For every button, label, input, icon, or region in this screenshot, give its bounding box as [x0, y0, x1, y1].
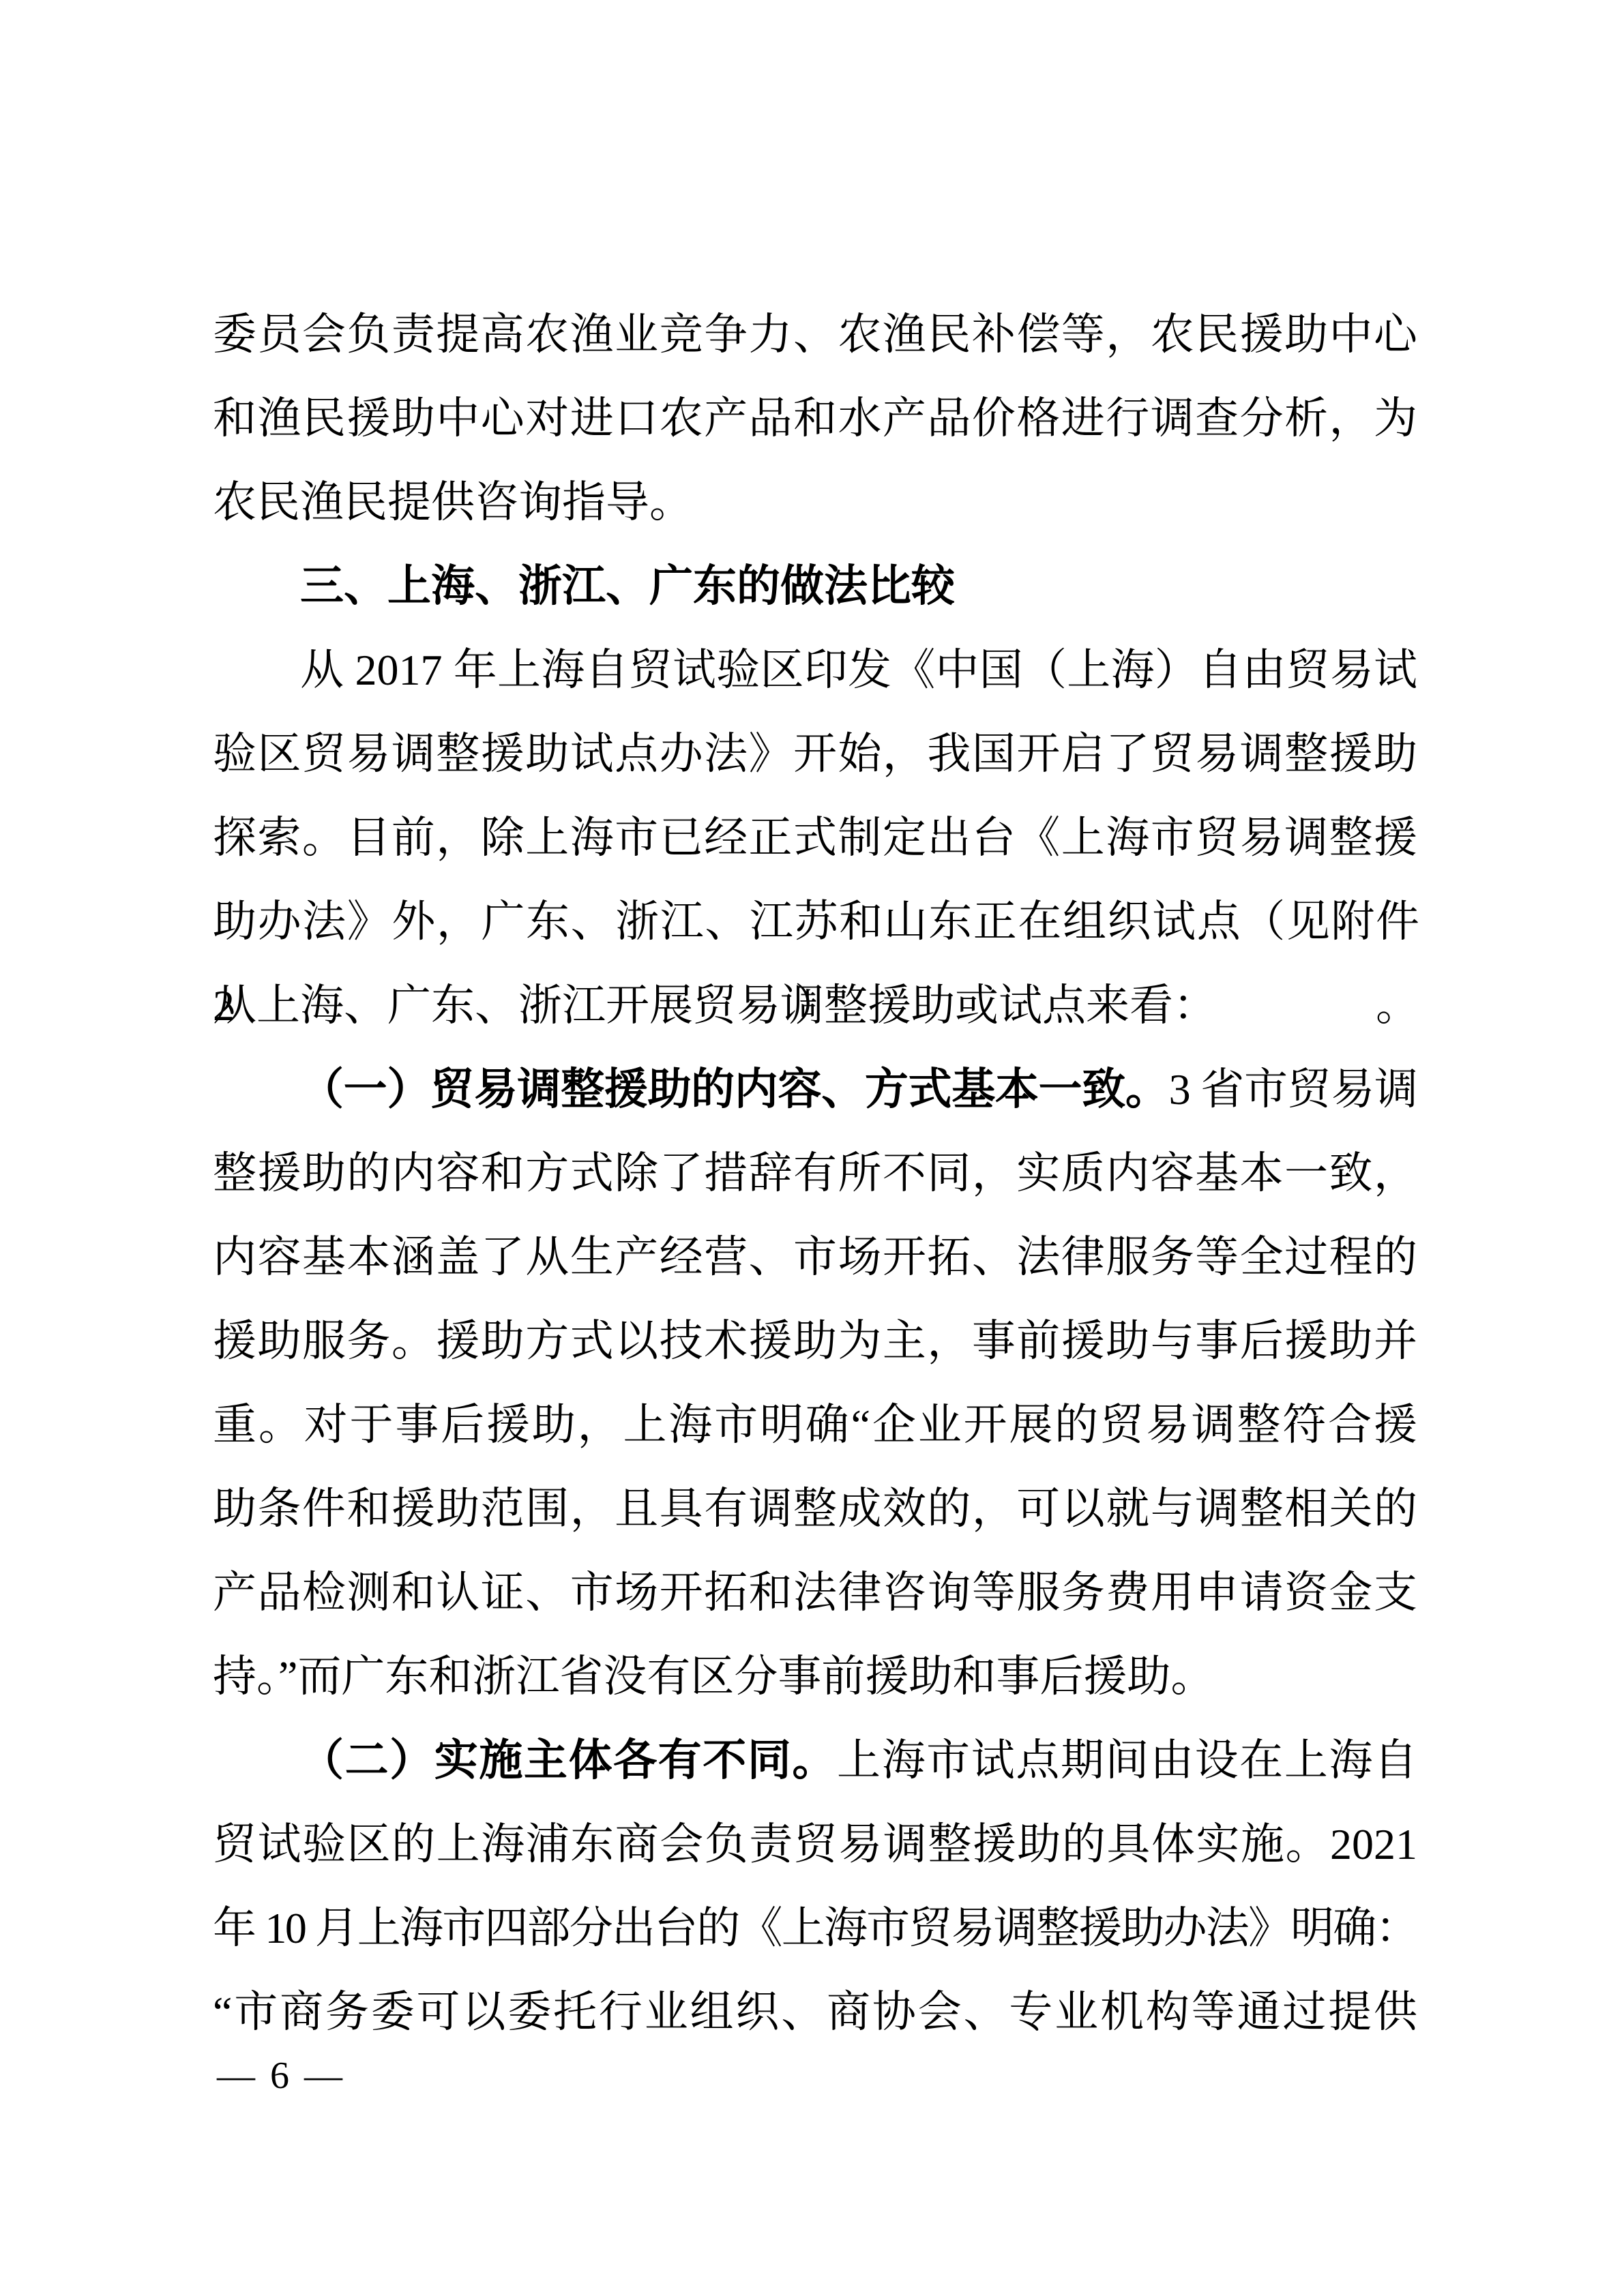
text-segment: 贸试验区的上海浦东商会负责贸易调整援助的具体实施。2021	[213, 1820, 1417, 1868]
text-line-11: 整援助的内容和方式除了措辞有所不同，实质内容基本一致，	[213, 1131, 1417, 1215]
bold-text-segment: （二）实施主体各有不同。	[300, 1736, 837, 1785]
text-segment: 农民渔民提供咨询指导。	[213, 478, 693, 526]
document-page: 委员会负责提高农渔业竞争力、农渔民补偿等，农民援助中心和渔民援助中心对进口农产品…	[0, 0, 1624, 2296]
text-line-21: “市商务委可以委托行业组织、商协会、专业机构等通过提供	[213, 1970, 1417, 2054]
text-segment: 年 10 月上海市四部分出台的《上海市贸易调整援助办法》明确：	[213, 1904, 1417, 1952]
text-segment: 整援助的内容和方式除了措辞有所不同，实质内容基本一致，	[213, 1149, 1417, 1197]
text-line-17: 持。”而广东和浙江省没有区分事前援助和事后援助。	[213, 1635, 1417, 1718]
text-segment: 持。”而广东和浙江省没有区分事前援助和事后援助。	[213, 1652, 1214, 1701]
bold-text-segment: （一）贸易调整援助的内容、方式基本一致。	[300, 1065, 1169, 1114]
text-segment: 重。对于事后援助，上海市明确“企业开展的贸易调整符合援	[213, 1401, 1417, 1449]
text-segment: “市商务委可以委托行业组织、商协会、专业机构等通过提供	[213, 1988, 1417, 2036]
text-segment: 上海市试点期间由设在上海自	[837, 1736, 1417, 1785]
text-line-3: 农民渔民提供咨询指导。	[213, 460, 1417, 544]
text-line-2: 和渔民援助中心对进口农产品和水产品价格进行调查分析，为	[213, 376, 1417, 460]
document-body: 委员会负责提高农渔业竞争力、农渔民补偿等，农民援助中心和渔民援助中心对进口农产品…	[213, 293, 1417, 2054]
text-line-8: 助办法》外，广东、浙江、江苏和山东正在组织试点（见附件 2）。	[213, 880, 1417, 964]
text-line-13: 援助服务。援助方式以技术援助为主，事前援助与事后援助并	[213, 1299, 1417, 1383]
text-segment: 从上海、广东、浙江开展贸易调整援助或试点来看：	[213, 981, 1217, 1030]
text-line-19: 贸试验区的上海浦东商会负责贸易调整援助的具体实施。2021	[213, 1802, 1417, 1886]
text-segment: 验区贸易调整援助试点办法》开始，我国开启了贸易调整援助	[213, 730, 1417, 778]
text-segment: 内容基本涵盖了从生产经营、市场开拓、法律服务等全过程的	[213, 1233, 1417, 1281]
text-segment: 产品检测和认证、市场开拓和法律咨询等服务费用申请资金支	[213, 1568, 1417, 1617]
text-line-12: 内容基本涵盖了从生产经营、市场开拓、法律服务等全过程的	[213, 1215, 1417, 1299]
text-line-5: 从 2017 年上海自贸试验区印发《中国（上海）自由贸易试	[213, 628, 1417, 712]
text-segment: 从 2017 年上海自贸试验区印发《中国（上海）自由贸易试	[300, 646, 1417, 694]
text-segment: 探索。目前，除上海市已经正式制定出台《上海市贸易调整援	[213, 814, 1417, 862]
text-segment: 3 省市贸易调	[1169, 1065, 1417, 1114]
text-line-20: 年 10 月上海市四部分出台的《上海市贸易调整援助办法》明确：	[213, 1886, 1417, 1970]
text-segment: 委员会负责提高农渔业竞争力、农渔民补偿等，农民援助中心	[213, 310, 1417, 359]
text-segment: 助条件和援助范围，且具有调整成效的，可以就与调整相关的	[213, 1485, 1417, 1533]
text-line-10: （一）贸易调整援助的内容、方式基本一致。3 省市贸易调	[213, 1047, 1417, 1131]
text-line-18: （二）实施主体各有不同。上海市试点期间由设在上海自	[213, 1718, 1417, 1802]
bold-text-segment: 三、上海、浙江、广东的做法比较	[300, 561, 955, 610]
text-segment: 和渔民援助中心对进口农产品和水产品价格进行调查分析，为	[213, 394, 1417, 443]
text-line-15: 助条件和援助范围，且具有调整成效的，可以就与调整相关的	[213, 1467, 1417, 1551]
text-line-4: 三、上海、浙江、广东的做法比较	[213, 544, 1417, 628]
text-line-6: 验区贸易调整援助试点办法》开始，我国开启了贸易调整援助	[213, 712, 1417, 796]
text-line-7: 探索。目前，除上海市已经正式制定出台《上海市贸易调整援	[213, 796, 1417, 880]
text-segment: 援助服务。援助方式以技术援助为主，事前援助与事后援助并	[213, 1317, 1417, 1365]
text-line-14: 重。对于事后援助，上海市明确“企业开展的贸易调整符合援	[213, 1383, 1417, 1467]
page-number: — 6 —	[217, 2051, 345, 2100]
text-line-16: 产品检测和认证、市场开拓和法律咨询等服务费用申请资金支	[213, 1551, 1417, 1635]
text-line-1: 委员会负责提高农渔业竞争力、农渔民补偿等，农民援助中心	[213, 293, 1417, 376]
